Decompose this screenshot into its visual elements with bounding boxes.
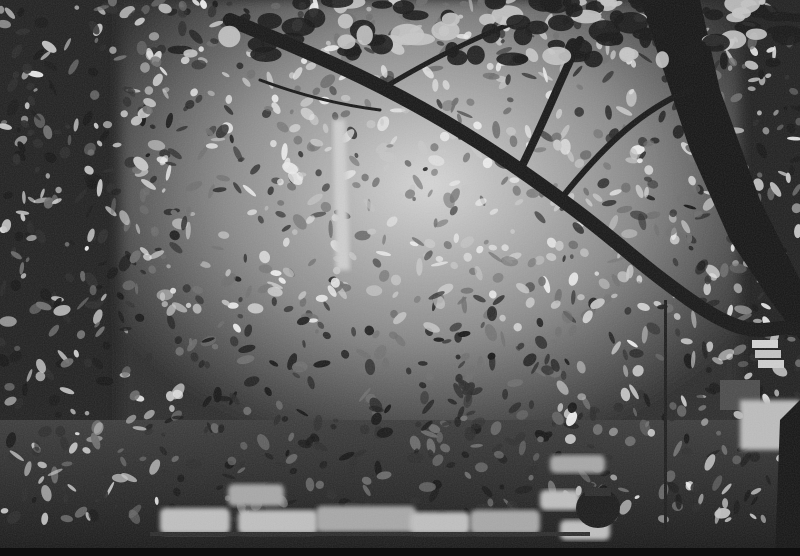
photo-canvas xyxy=(0,0,800,556)
film-border xyxy=(0,548,800,556)
garden-photograph: Sunlit garden scene with dense vines and… xyxy=(0,0,800,556)
